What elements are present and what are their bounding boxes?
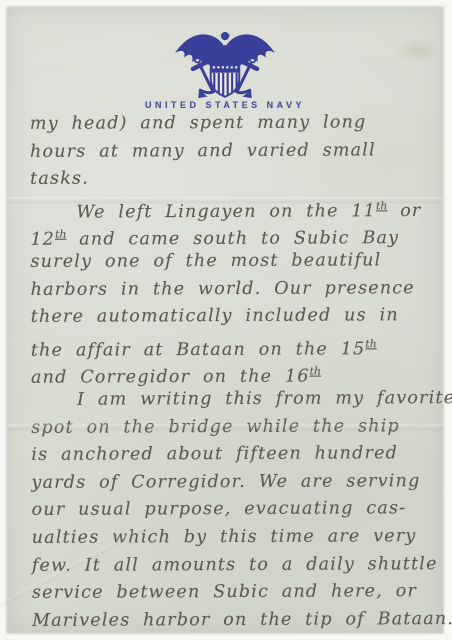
handwritten-line: my head) and spent many long — [30, 109, 438, 138]
handwritten-line: and Corregidor on the 16th — [31, 357, 439, 386]
us-navy-emblem-icon — [169, 21, 281, 103]
letter-paper: UNITED STATES NAVY my head) and spent ma… — [7, 7, 443, 633]
handwritten-line: service between Subic and here, or — [32, 578, 440, 607]
handwritten-line: harbors in the world. Our presence — [31, 275, 439, 304]
handwritten-line: tasks. — [30, 164, 438, 193]
handwritten-line: our usual purpose, evacuating cas- — [32, 495, 440, 524]
handwritten-line: 12th and came south to Subic Bay — [30, 219, 438, 248]
handwritten-line: spot on the bridge while the ship — [31, 413, 439, 442]
handwritten-line: yards of Corregidor. We are serving — [31, 468, 439, 497]
handwritten-line: the affair at Bataan on the 15th — [31, 330, 439, 359]
handwritten-line: We left Lingayen on the 11th or — [30, 192, 438, 221]
handwritten-line: there automatically included us in — [31, 302, 439, 331]
handwritten-line: is anchored about fifteen hundred — [31, 440, 439, 469]
handwritten-line: hours at many and varied small — [30, 137, 438, 166]
handwritten-line: surely one of the most beautiful — [30, 247, 438, 276]
handwritten-line: I am writing this from my favorite — [31, 385, 439, 414]
handwritten-line: Mariveles harbor on the tip of Bataan. — [32, 606, 440, 635]
handwritten-line: ualties which by this time are very — [32, 523, 440, 552]
handwritten-line: few. It all amounts to a daily shuttle — [32, 551, 440, 580]
scanned-letter: UNITED STATES NAVY my head) and spent ma… — [0, 0, 452, 640]
letter-body: my head) and spent many longhours at man… — [30, 109, 440, 635]
